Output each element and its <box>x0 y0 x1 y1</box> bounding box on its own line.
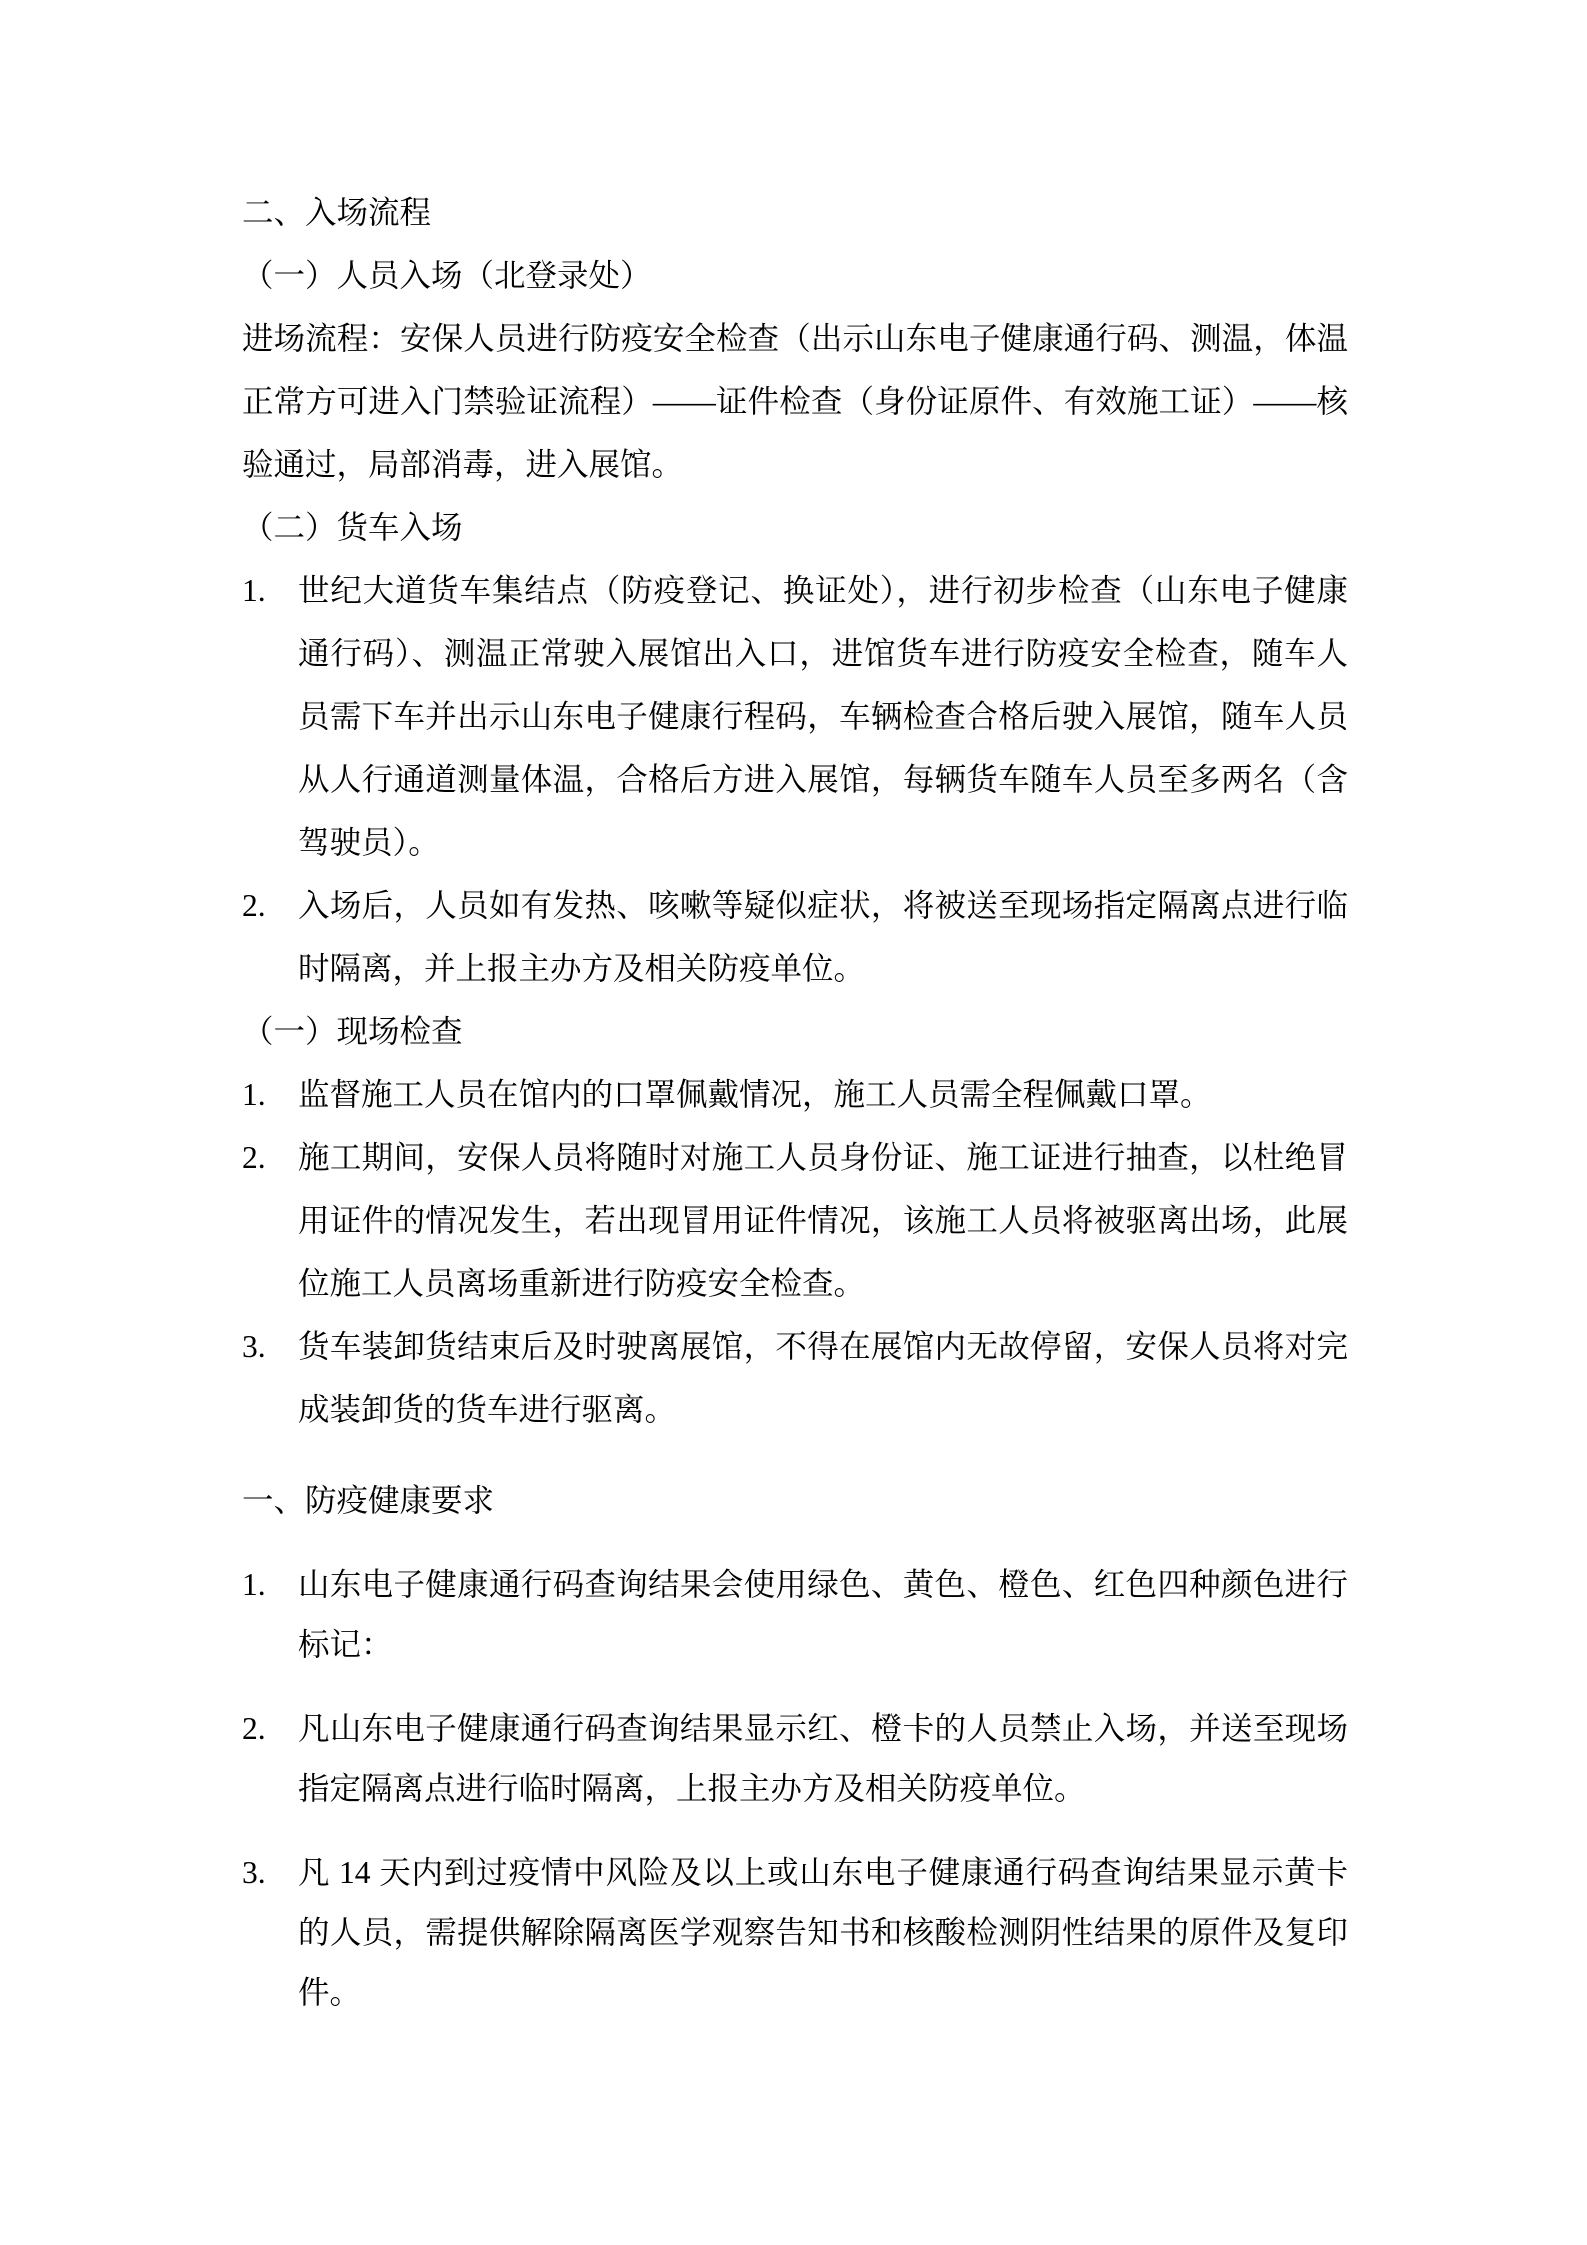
list-item-text: 世纪大道货车集结点（防疫登记、换证处），进行初步检查（山东电子健康通行码）、测温… <box>298 559 1348 874</box>
list-item-number: 1. <box>242 1555 298 1675</box>
list-item-text: 施工期间，安保人员将随时对施工人员身份证、施工证进行抽查，以杜绝冒用证件的情况发… <box>298 1126 1348 1315</box>
section-health-requirements: 一、防疫健康要求 1. 山东电子健康通行码查询结果会使用绿色、黄色、橙色、红色四… <box>242 1471 1348 2023</box>
subheading-person-entry: （一）人员入场（北登录处） <box>242 244 1348 307</box>
list-item: 3. 凡 14 天内到过疫情中风险及以上或山东电子健康通行码查询结果显示黄卡的人… <box>242 1843 1348 2023</box>
list-item: 2. 入场后，人员如有发热、咳嗽等疑似症状，将被送至现场指定隔离点进行临时隔离，… <box>242 874 1348 1000</box>
list-item-number: 2. <box>242 1699 298 1819</box>
list-item: 3. 货车装卸货结束后及时驶离展馆，不得在展馆内无故停留，安保人员将对完成装卸货… <box>242 1315 1348 1441</box>
list-item-text: 凡山东电子健康通行码查询结果显示红、橙卡的人员禁止入场，并送至现场指定隔离点进行… <box>298 1699 1348 1819</box>
list-item: 1. 监督施工人员在馆内的口罩佩戴情况，施工人员需全程佩戴口罩。 <box>242 1063 1348 1126</box>
subheading-site-inspection: （一）现场检查 <box>242 1000 1348 1063</box>
list-item-number: 1. <box>242 559 298 874</box>
list-item-number: 3. <box>242 1315 298 1441</box>
list-item: 1. 山东电子健康通行码查询结果会使用绿色、黄色、橙色、红色四种颜色进行标记： <box>242 1555 1348 1675</box>
list-item: 2. 施工期间，安保人员将随时对施工人员身份证、施工证进行抽查，以杜绝冒用证件的… <box>242 1126 1348 1315</box>
list-item-number: 3. <box>242 1843 298 2023</box>
list-item-text: 凡 14 天内到过疫情中风险及以上或山东电子健康通行码查询结果显示黄卡的人员，需… <box>298 1843 1348 2023</box>
list-item: 2. 凡山东电子健康通行码查询结果显示红、橙卡的人员禁止入场，并送至现场指定隔离… <box>242 1699 1348 1819</box>
document-viewport: { "page": { "background": "#ffffff", "te… <box>0 0 1587 2245</box>
section-heading-entry: 二、入场流程 <box>242 181 1348 244</box>
list-item-number: 2. <box>242 874 298 1000</box>
list-item-number: 1. <box>242 1063 298 1126</box>
list-item: 1. 世纪大道货车集结点（防疫登记、换证处），进行初步检查（山东电子健康通行码）… <box>242 559 1348 874</box>
document-page: 二、入场流程 （一）人员入场（北登录处） 进场流程：安保人员进行防疫安全检查（出… <box>0 0 1587 2245</box>
paragraph-person-entry-flow: 进场流程：安保人员进行防疫安全检查（出示山东电子健康通行码、测温，体温正常方可进… <box>242 307 1348 496</box>
list-item-text: 监督施工人员在馆内的口罩佩戴情况，施工人员需全程佩戴口罩。 <box>298 1063 1348 1126</box>
list-item-text: 入场后，人员如有发热、咳嗽等疑似症状，将被送至现场指定隔离点进行临时隔离，并上报… <box>298 874 1348 1000</box>
list-item-number: 2. <box>242 1126 298 1315</box>
list-item-text: 货车装卸货结束后及时驶离展馆，不得在展馆内无故停留，安保人员将对完成装卸货的货车… <box>298 1315 1348 1441</box>
subheading-truck-entry: （二）货车入场 <box>242 496 1348 559</box>
section-entry-process: 二、入场流程 （一）人员入场（北登录处） 进场流程：安保人员进行防疫安全检查（出… <box>242 181 1348 1441</box>
section-heading-health: 一、防疫健康要求 <box>242 1471 1348 1531</box>
list-item-text: 山东电子健康通行码查询结果会使用绿色、黄色、橙色、红色四种颜色进行标记： <box>298 1555 1348 1675</box>
